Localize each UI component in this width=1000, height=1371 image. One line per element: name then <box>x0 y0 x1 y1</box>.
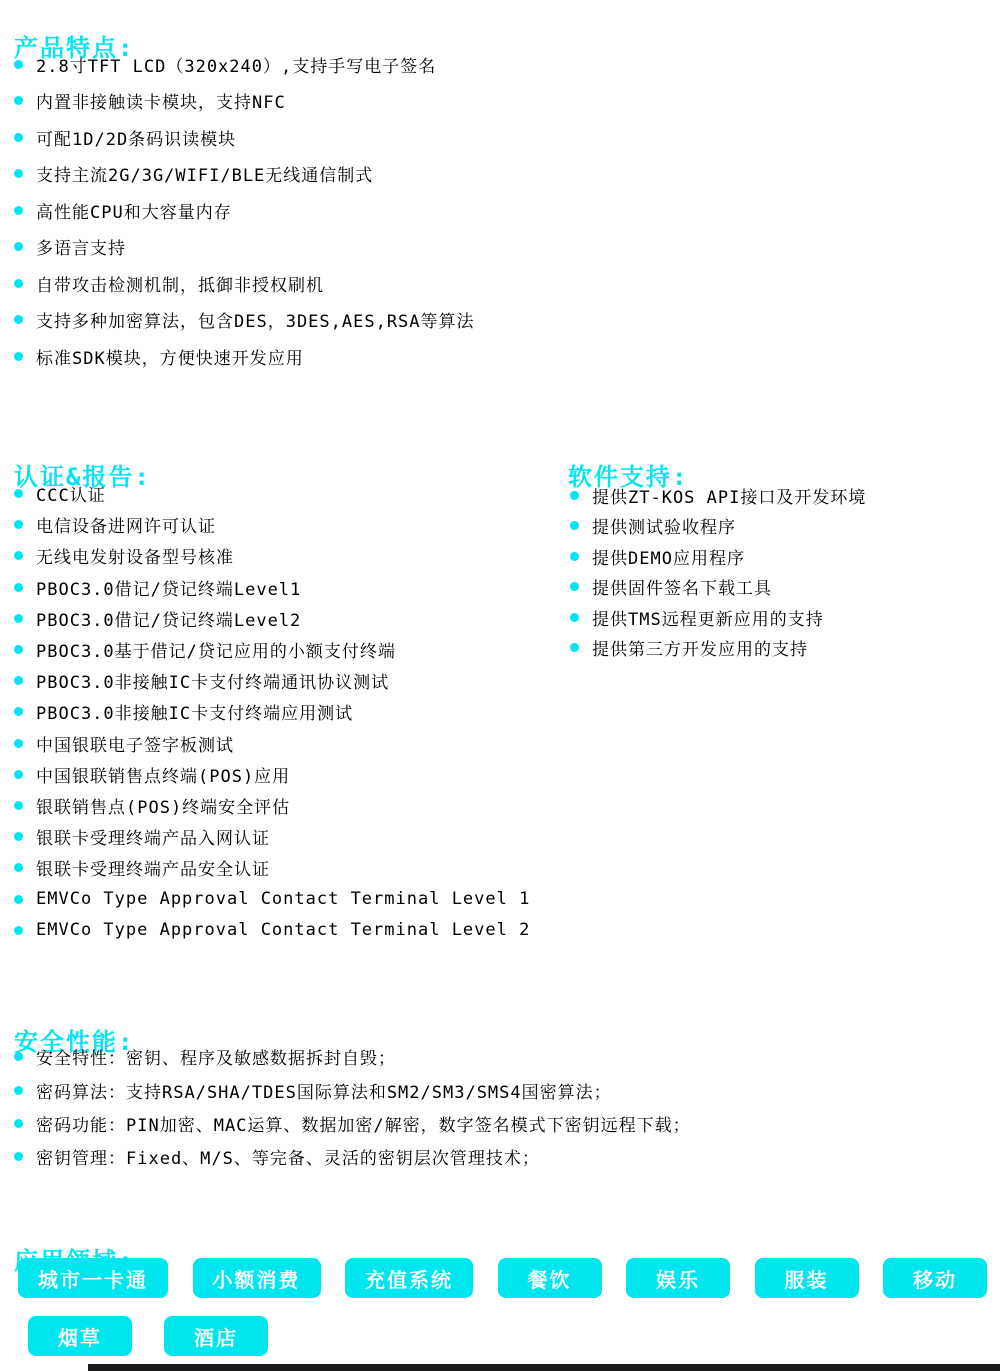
bullet-icon <box>14 1152 23 1161</box>
application-tag[interactable]: 充值系统 <box>345 1258 473 1298</box>
list-item-text: 中国银联销售点终端(POS)应用 <box>36 762 290 787</box>
bullet-icon <box>14 739 23 748</box>
bullet-icon <box>14 206 23 215</box>
list-item: 提供ZT-KOS API接口及开发环境 <box>570 480 866 511</box>
list-item: 密码算法：支持RSA/SHA/TDES国际算法和SM2/SM3/SMS4国密算法… <box>14 1073 691 1106</box>
bullet-icon <box>570 521 579 530</box>
list-item: 自带攻击检测机制，抵御非授权刷机 <box>14 265 475 302</box>
bullet-icon <box>14 1086 23 1095</box>
list-item: 支持多种加密算法，包含DES，3DES,AES,RSA等算法 <box>14 302 475 339</box>
list-item: PBOC3.0非接触IC卡支付终端应用测试 <box>14 696 530 727</box>
bullet-icon <box>14 895 23 904</box>
bullet-icon <box>14 1052 23 1061</box>
bullet-icon <box>14 60 23 69</box>
list-item: 密钥管理：Fixed、M/S、等完备、灵活的密钥层次管理技术； <box>14 1140 691 1173</box>
list-item: 银联卡受理终端产品入网认证 <box>14 821 530 852</box>
list-item-text: 提供TMS远程更新应用的支持 <box>592 605 824 630</box>
application-tag[interactable]: 烟草 <box>28 1316 132 1356</box>
bullet-icon <box>14 279 23 288</box>
list-item-text: PBOC3.0非接触IC卡支付终端应用测试 <box>36 699 353 724</box>
list-item: 中国银联电子签字板测试 <box>14 728 530 759</box>
list-item-text: 可配1D/2D条码识读模块 <box>36 125 236 150</box>
application-tag[interactable]: 服装 <box>755 1258 859 1298</box>
bullet-icon <box>14 832 23 841</box>
list-item: EMVCo Type Approval Contact Terminal Lev… <box>14 883 530 914</box>
bullet-icon <box>570 552 579 561</box>
list-item-text: 密钥管理：Fixed、M/S、等完备、灵活的密钥层次管理技术； <box>36 1144 540 1169</box>
list-item: 高性能CPU和大容量内存 <box>14 192 475 229</box>
list-item-text: 提供ZT-KOS API接口及开发环境 <box>592 483 866 508</box>
bullet-icon <box>14 770 23 779</box>
bullet-icon <box>14 583 23 592</box>
bullet-icon <box>14 133 23 142</box>
bullet-icon <box>14 242 23 251</box>
list-item: 可配1D/2D条码识读模块 <box>14 119 475 156</box>
bullet-icon <box>570 613 579 622</box>
list-item-text: PBOC3.0基于借记/贷记应用的小额支付终端 <box>36 637 396 662</box>
list-item-text: PBOC3.0非接触IC卡支付终端通讯协议测试 <box>36 668 389 693</box>
list-item: 提供TMS远程更新应用的支持 <box>570 602 866 633</box>
application-tag[interactable]: 餐饮 <box>498 1258 602 1298</box>
list-item: 支持主流2G/3G/WIFI/BLE无线通信制式 <box>14 156 475 193</box>
list-item-text: 多语言支持 <box>36 234 126 259</box>
list-item: PBOC3.0基于借记/贷记应用的小额支付终端 <box>14 634 530 665</box>
list-item-text: 银联销售点(POS)终端安全评估 <box>36 793 290 818</box>
list-item: 提供DEMO应用程序 <box>570 541 866 572</box>
application-tag[interactable]: 娱乐 <box>626 1258 730 1298</box>
bullet-icon <box>14 489 23 498</box>
bullet-icon <box>570 491 579 500</box>
list-item: 无线电发射设备型号核准 <box>14 540 530 571</box>
list-item: EMVCo Type Approval Contact Terminal Lev… <box>14 915 530 946</box>
list-item: 多语言支持 <box>14 229 475 266</box>
bullet-icon <box>14 707 23 716</box>
application-tags-row-2: 烟草酒店 <box>28 1316 268 1356</box>
list-item: 提供固件签名下载工具 <box>570 572 866 603</box>
bullet-icon <box>14 801 23 810</box>
list-item: PBOC3.0借记/贷记终端Level2 <box>14 603 530 634</box>
list-item-text: PBOC3.0借记/贷记终端Level1 <box>36 575 301 600</box>
list-item: 标准SDK模块，方便快速开发应用 <box>14 338 475 375</box>
bullet-icon <box>14 520 23 529</box>
list-item-text: 密码算法：支持RSA/SHA/TDES国际算法和SM2/SM3/SMS4国密算法… <box>36 1078 612 1103</box>
list-item-text: 内置非接触读卡模块，支持NFC <box>36 88 286 113</box>
bullet-icon <box>570 643 579 652</box>
bullet-icon <box>570 582 579 591</box>
list-item-text: 高性能CPU和大容量内存 <box>36 198 232 223</box>
list-item: 电信设备进网许可认证 <box>14 509 530 540</box>
list-item: 银联销售点(POS)终端安全评估 <box>14 790 530 821</box>
security-list: 安全特性：密钥、程序及敏感数据拆封自毁； 密码算法：支持RSA/SHA/TDES… <box>14 1040 691 1174</box>
list-item-text: 中国银联电子签字板测试 <box>36 731 234 756</box>
list-item-text: 2.8寸TFT LCD（320x240）,支持手写电子签名 <box>36 52 436 77</box>
application-tag[interactable]: 城市一卡通 <box>18 1258 168 1298</box>
list-item: CCC认证 <box>14 478 530 509</box>
list-item-text: 提供DEMO应用程序 <box>592 544 745 569</box>
bullet-icon <box>14 926 23 935</box>
list-item-text: 提供固件签名下载工具 <box>592 574 772 599</box>
list-item: 银联卡受理终端产品安全认证 <box>14 852 530 883</box>
software-list: 提供ZT-KOS API接口及开发环境 提供测试验收程序 提供DEMO应用程序 … <box>570 480 866 663</box>
bullet-icon <box>14 315 23 324</box>
list-item-text: 提供测试验收程序 <box>592 513 736 538</box>
list-item: 内置非接触读卡模块，支持NFC <box>14 83 475 120</box>
bullet-icon <box>14 551 23 560</box>
list-item-text: 自带攻击检测机制，抵御非授权刷机 <box>36 271 324 296</box>
bullet-icon <box>14 96 23 105</box>
list-item: 安全特性：密钥、程序及敏感数据拆封自毁； <box>14 1040 691 1073</box>
features-list: 2.8寸TFT LCD（320x240）,支持手写电子签名 内置非接触读卡模块，… <box>14 46 475 375</box>
list-item-text: 安全特性：密钥、程序及敏感数据拆封自毁； <box>36 1044 396 1069</box>
list-item-text: 支持多种加密算法，包含DES，3DES,AES,RSA等算法 <box>36 307 475 332</box>
bullet-icon <box>14 352 23 361</box>
bullet-icon <box>14 1119 23 1128</box>
bullet-icon <box>14 645 23 654</box>
list-item-text: 银联卡受理终端产品安全认证 <box>36 855 270 880</box>
certifications-list: CCC认证 电信设备进网许可认证 无线电发射设备型号核准 PBOC3.0借记/贷… <box>14 478 530 946</box>
bullet-icon <box>14 614 23 623</box>
list-item-text: 支持主流2G/3G/WIFI/BLE无线通信制式 <box>36 161 373 186</box>
list-item-text: PBOC3.0借记/贷记终端Level2 <box>36 606 301 631</box>
list-item-text: 无线电发射设备型号核准 <box>36 543 234 568</box>
list-item: 中国银联销售点终端(POS)应用 <box>14 759 530 790</box>
application-tag[interactable]: 小额消费 <box>193 1258 321 1298</box>
bullet-icon <box>14 676 23 685</box>
application-tags-row-1: 城市一卡通小额消费充值系统餐饮娱乐服装移动 <box>18 1258 987 1298</box>
list-item-text: 电信设备进网许可认证 <box>36 512 216 537</box>
list-item: 2.8寸TFT LCD（320x240）,支持手写电子签名 <box>14 46 475 83</box>
bullet-icon <box>14 863 23 872</box>
list-item: PBOC3.0借记/贷记终端Level1 <box>14 572 530 603</box>
list-item: PBOC3.0非接触IC卡支付终端通讯协议测试 <box>14 665 530 696</box>
list-item-text: EMVCo Type Approval Contact Terminal Lev… <box>36 920 530 940</box>
list-item-text: EMVCo Type Approval Contact Terminal Lev… <box>36 889 530 909</box>
application-tag[interactable]: 酒店 <box>164 1316 268 1356</box>
list-item: 提供第三方开发应用的支持 <box>570 633 866 664</box>
list-item-text: 标准SDK模块，方便快速开发应用 <box>36 344 304 369</box>
list-item-text: CCC认证 <box>36 481 106 506</box>
list-item-text: 提供第三方开发应用的支持 <box>592 635 808 660</box>
bullet-icon <box>14 169 23 178</box>
bottom-bar <box>88 1364 1000 1371</box>
list-item: 密码功能：PIN加密、MAC运算、数据加密/解密，数字签名模式下密钥远程下载； <box>14 1107 691 1140</box>
list-item: 提供测试验收程序 <box>570 511 866 542</box>
list-item-text: 密码功能：PIN加密、MAC运算、数据加密/解密，数字签名模式下密钥远程下载； <box>36 1111 691 1136</box>
list-item-text: 银联卡受理终端产品入网认证 <box>36 824 270 849</box>
application-tag[interactable]: 移动 <box>883 1258 987 1298</box>
